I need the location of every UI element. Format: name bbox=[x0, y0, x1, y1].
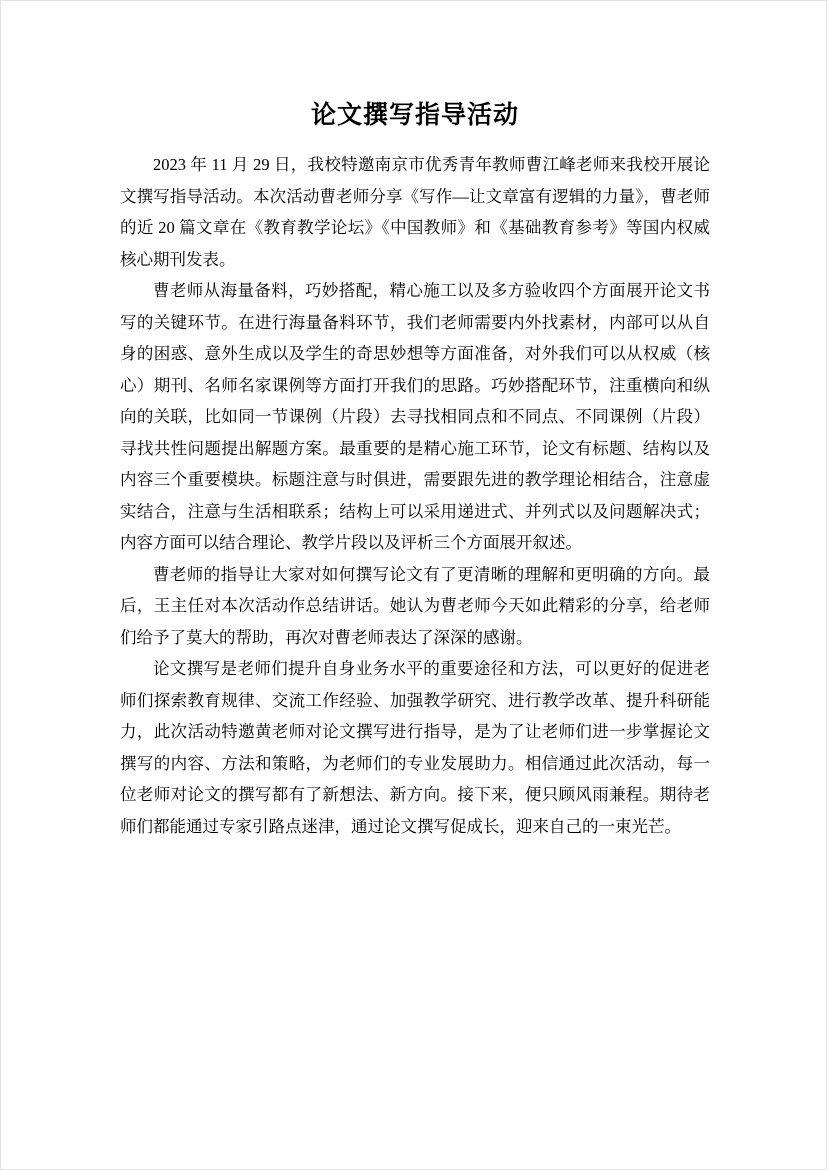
paragraph-summary-speech: 曹老师的指导让大家对如何撰写论文有了更清晰的理解和更明确的方向。最后，王主任对本… bbox=[120, 559, 710, 654]
document-page: 论文撰写指导活动 2023 年 11 月 29 日，我校特邀南京市优秀青年教师曹… bbox=[0, 0, 827, 1170]
document-title: 论文撰写指导活动 bbox=[120, 99, 710, 133]
paragraph-intro: 2023 年 11 月 29 日，我校特邀南京市优秀青年教师曹江峰老师来我校开展… bbox=[120, 149, 710, 275]
paragraph-conclusion: 论文撰写是老师们提升自身业务水平的重要途径和方法，可以更好的促进老师们探索教育规… bbox=[120, 653, 710, 842]
paragraph-key-steps: 曹老师从海量备料，巧妙搭配，精心施工以及多方验收四个方面展开论文书写的关键环节。… bbox=[120, 275, 710, 559]
